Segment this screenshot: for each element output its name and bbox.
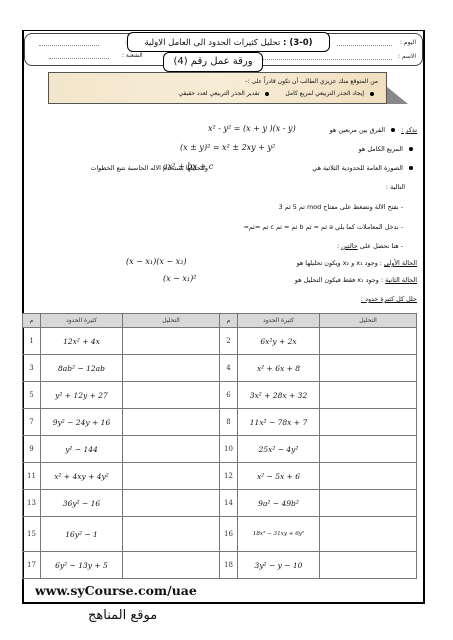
answer-cell[interactable] <box>320 436 417 463</box>
polynomial: x² + 6x + 8 <box>238 355 320 382</box>
row-number: 15 <box>23 517 41 552</box>
header-factor: التحليل <box>123 314 220 328</box>
bullet-icon <box>409 166 413 170</box>
answer-cell[interactable] <box>320 463 417 490</box>
table-row: 5 y² + 12y + 27 6 3x² + 28x + 32 <box>23 382 417 409</box>
answer-cell[interactable] <box>320 490 417 517</box>
row-number: 11 <box>23 463 41 490</box>
perfect-square-eq: (x ± y)² = x² ± 2xy + y² <box>180 143 275 152</box>
case-1-label: الحالة الأولى <box>384 259 417 267</box>
answer-cell[interactable] <box>123 463 220 490</box>
date-field[interactable] <box>39 45 99 46</box>
site-name: موقع المناهج <box>88 608 157 623</box>
table-row: 9 y² − 144 10 25x² − 4y² <box>23 436 417 463</box>
lesson-title: تحليل كثيرات الحدود الى العامل الاولية <box>144 38 280 48</box>
remember-label: تذكر : <box>401 126 417 134</box>
table-header: م كثيرة الحدود التحليل م كثيرة الحدود ال… <box>23 314 417 328</box>
objective-item: إيجاد الجذر التربيعي لمربع كامل <box>285 90 364 97</box>
polynomial: 9a² − 49b² <box>238 490 320 517</box>
steps-label: التالية : <box>386 183 405 191</box>
step-1: - نفتح الالة ونضغط على مفتاح mod ثم 5 ثم… <box>279 203 403 211</box>
answer-cell[interactable] <box>320 355 417 382</box>
answer-cell[interactable] <box>123 355 220 382</box>
step-2-text: ندخل المعاملات كما يلي a ثم = ثم b ثم = … <box>244 223 399 231</box>
answer-cell[interactable] <box>123 436 220 463</box>
polynomial: x² + 4xy + 4y² <box>41 463 123 490</box>
header-num: م <box>220 314 238 328</box>
lesson-code: (3-0) : <box>283 38 313 48</box>
polynomial: 6y² − 13y + 5 <box>41 552 123 579</box>
step-3-emphasis: حالتين <box>341 242 358 250</box>
objective-item: تقدير الجذر التربيعي لعدد حقيقي <box>179 90 260 97</box>
remember-line-3: الصورة العامة للحدودية الثلاثية هي <box>312 164 417 172</box>
polynomial: y² − 144 <box>41 436 123 463</box>
polynomial: 3x² + 28x + 32 <box>238 382 320 409</box>
table-row: 11 x² + 4xy + 4y² 12 x² − 5x + 6 <box>23 463 417 490</box>
row-number: 14 <box>220 490 238 517</box>
step-1-text: نفتح الالة ونضغط على مفتاح mod ثم 5 ثم 3 <box>279 203 399 211</box>
objectives-intro: من المتوقع منك عزيزي الطالب أن تكون قادر… <box>57 76 378 88</box>
remember-line-2: المربع الكامل هو <box>359 145 417 153</box>
polynomial: y² + 12y + 27 <box>41 382 123 409</box>
remember-line-1: تذكر : الفرق بين مربعين هو <box>330 126 417 134</box>
answer-cell[interactable] <box>123 490 220 517</box>
case-1: الحالة الأولى : وجود x₁ و x₂ ويكون تحليل… <box>297 259 417 267</box>
row-number: 4 <box>220 355 238 382</box>
answer-cell[interactable] <box>123 517 220 552</box>
objectives-shadow <box>386 86 408 104</box>
step-2: - ندخل المعاملات كما يلي a ثم = ثم b ثم … <box>244 223 403 231</box>
answer-cell[interactable] <box>320 517 417 552</box>
section-label: الشعبة : <box>122 52 143 59</box>
polynomial: 16y² − 1 <box>41 517 123 552</box>
section-field[interactable] <box>49 58 109 59</box>
header-num: م <box>23 314 41 328</box>
bullet-icon <box>409 147 413 151</box>
table-row: 15 16y² − 1 16 18x² − 31xy + 6y² <box>23 517 417 552</box>
row-number: 1 <box>23 328 41 355</box>
table-row: 1 12x² + 4x 2 6x²y + 2x <box>23 328 417 355</box>
polynomial: 9y² − 24y + 16 <box>41 409 123 436</box>
table-row: 3 8ab² − 12ab 4 x² + 6x + 8 <box>23 355 417 382</box>
row-number: 10 <box>220 436 238 463</box>
answer-cell[interactable] <box>320 409 417 436</box>
row-number: 16 <box>220 517 238 552</box>
case-2-label: الحالة الثانية <box>385 276 417 284</box>
row-number: 9 <box>23 436 41 463</box>
day-label: اليوم : <box>400 39 416 46</box>
row-number: 3 <box>23 355 41 382</box>
answer-cell[interactable] <box>320 382 417 409</box>
polynomial: 18x² − 31xy + 6y² <box>238 517 320 552</box>
case-2-eq: (x − x₁)² <box>163 274 196 283</box>
name-label: الاسم : <box>398 53 416 60</box>
lesson-title-box: (3-0) : تحليل كثيرات الحدود الى العامل ا… <box>127 32 330 52</box>
exercise-table: م كثيرة الحدود التحليل م كثيرة الحدود ال… <box>22 313 417 579</box>
header-poly: كثيرة الحدود <box>41 314 123 328</box>
website-url[interactable]: www.syCourse.com/uae <box>35 583 197 598</box>
answer-cell[interactable] <box>123 382 220 409</box>
answer-cell[interactable] <box>123 409 220 436</box>
row-number: 12 <box>220 463 238 490</box>
bullet-icon <box>265 92 269 96</box>
row-number: 2 <box>220 328 238 355</box>
case-2-text: : وجود x₁ فقط فيكون التحليل هو <box>295 276 383 284</box>
diff-squares-eq: x² - y² = (x + y )(x - y) <box>208 124 296 133</box>
worksheet-title: ورقة عمل رقم (4) <box>163 52 263 72</box>
polynomial: 8ab² − 12ab <box>41 355 123 382</box>
case-1-eq: (x − x₁)(x − x₂) <box>126 257 187 266</box>
trinomial-tail: ولتحليلها نستخدم الاله الحاسبة نتبع الخط… <box>90 164 208 172</box>
row-number: 18 <box>220 552 238 579</box>
row-number: 6 <box>220 382 238 409</box>
trinomial-text: الصورة العامة للحدودية الثلاثية هي <box>312 164 403 172</box>
table-row: 13 36y² − 16 14 9a² − 49b² <box>23 490 417 517</box>
polynomial: x² − 5x + 6 <box>238 463 320 490</box>
polynomial: 36y² − 16 <box>41 490 123 517</box>
name-field[interactable] <box>262 59 392 60</box>
answer-cell[interactable] <box>123 552 220 579</box>
row-number: 13 <box>23 490 41 517</box>
diff-squares-text: الفرق بين مربعين هو <box>330 126 385 134</box>
task-instruction: حلل كل كثيرة حدود : <box>361 295 417 303</box>
polynomial: 11x² − 78x + 7 <box>238 409 320 436</box>
perfect-square-text: المربع الكامل هو <box>359 145 403 153</box>
polynomial: 6x²y + 2x <box>238 328 320 355</box>
answer-cell[interactable] <box>320 328 417 355</box>
step-3: - هنا نحصل على حالتين : <box>337 242 403 250</box>
case-2: الحالة الثانية : وجود x₁ فقط فيكون التحل… <box>295 276 417 284</box>
bullet-icon <box>391 128 395 132</box>
table-row: 7 9y² − 24y + 16 8 11x² − 78x + 7 <box>23 409 417 436</box>
answer-cell[interactable] <box>320 552 417 579</box>
row-number: 5 <box>23 382 41 409</box>
header-factor: التحليل <box>320 314 417 328</box>
case-1-text: : وجود x₁ و x₂ ويكون تحليلها هو <box>297 259 382 267</box>
row-number: 7 <box>23 409 41 436</box>
row-number: 17 <box>23 552 41 579</box>
step-3-text: هنا نحصل على <box>360 242 399 250</box>
day-field[interactable] <box>337 45 392 46</box>
polynomial: 12x² + 4x <box>41 328 123 355</box>
polynomial: 25x² − 4y² <box>238 436 320 463</box>
objectives-box: من المتوقع منك عزيزي الطالب أن تكون قادر… <box>48 72 387 104</box>
answer-cell[interactable] <box>123 328 220 355</box>
table-row: 17 6y² − 13y + 5 18 3y² − y − 10 <box>23 552 417 579</box>
header-poly: كثيرة الحدود <box>238 314 320 328</box>
polynomial: 3y² − y − 10 <box>238 552 320 579</box>
row-number: 8 <box>220 409 238 436</box>
bullet-icon <box>370 92 374 96</box>
